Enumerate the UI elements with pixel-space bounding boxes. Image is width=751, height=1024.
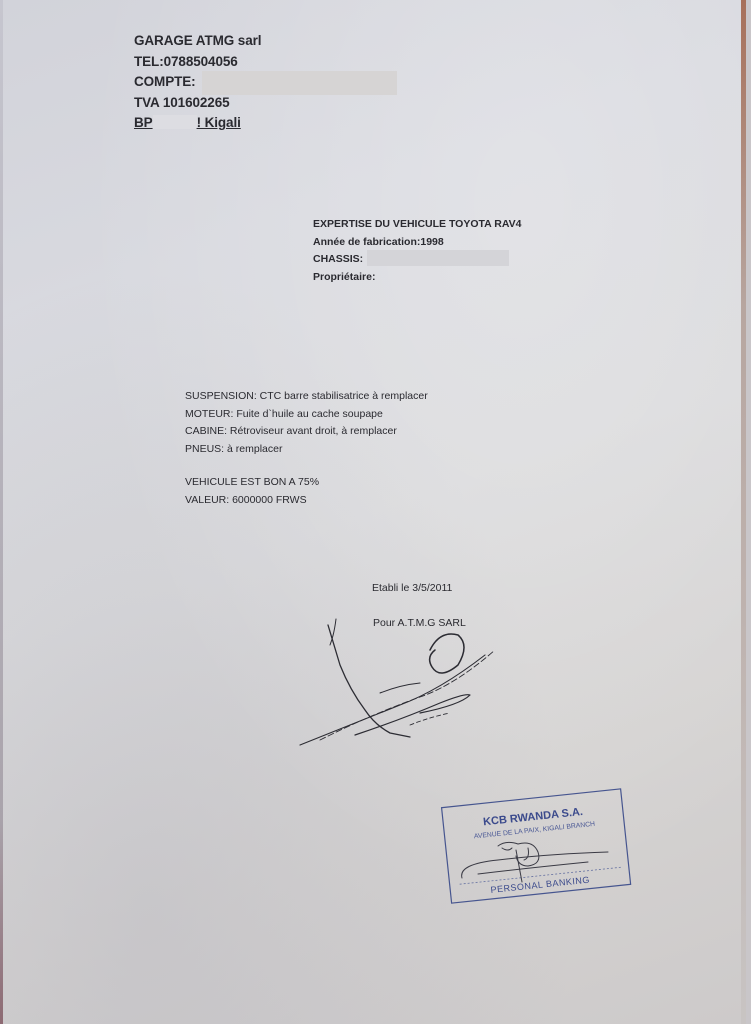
bp-prefix: BP	[134, 115, 153, 130]
company-tva: TVA 101602265	[134, 93, 261, 114]
verdict: VEHICULE EST BON A 75% VALEUR: 6000000 F…	[185, 474, 319, 509]
vehicle-condition: VEHICULE EST BON A 75%	[185, 474, 319, 492]
vehicle-value: VALEUR: 6000000 FRWS	[185, 492, 319, 510]
finding-moteur: MOTEUR: Fuite d`huile au cache soupape	[185, 406, 428, 424]
company-tel: TEL:0788504056	[134, 52, 261, 73]
owner-label: Propriétaire:	[313, 269, 521, 287]
finding-suspension: SUSPENSION: CTC barre stabilisatrice à r…	[185, 388, 428, 406]
company-bp: BP! Kigali	[134, 113, 261, 134]
expertise-title: EXPERTISE DU VEHICULE TOYOTA RAV4	[313, 216, 521, 234]
document-page: GARAGE ATMG sarl TEL:0788504056 COMPTE: …	[0, 0, 746, 1024]
bank-stamp: KCB RWANDA S.A. AVENUE DE LA PAIX, KIGAL…	[438, 782, 634, 908]
stamp-department: PERSONAL BANKING	[490, 875, 590, 895]
company-name: GARAGE ATMG sarl	[134, 31, 261, 52]
compte-redaction	[202, 71, 397, 95]
chassis-redaction	[367, 250, 509, 266]
findings-list: SUSPENSION: CTC barre stabilisatrice à r…	[185, 388, 428, 458]
paper-left-edge	[0, 0, 3, 1024]
bp-suffix: ! Kigali	[197, 115, 241, 130]
finding-cabine: CABINE: Rétroviseur avant droit, à rempl…	[185, 423, 428, 441]
issue-date: Etabli le 3/5/2011	[372, 582, 452, 594]
bp-redaction	[153, 115, 197, 129]
paper-right-edge	[741, 0, 746, 1024]
fabrication-year: Année de fabrication:1998	[313, 234, 521, 252]
handwritten-signature	[290, 605, 510, 755]
finding-pneus: PNEUS: à remplacer	[185, 441, 428, 459]
